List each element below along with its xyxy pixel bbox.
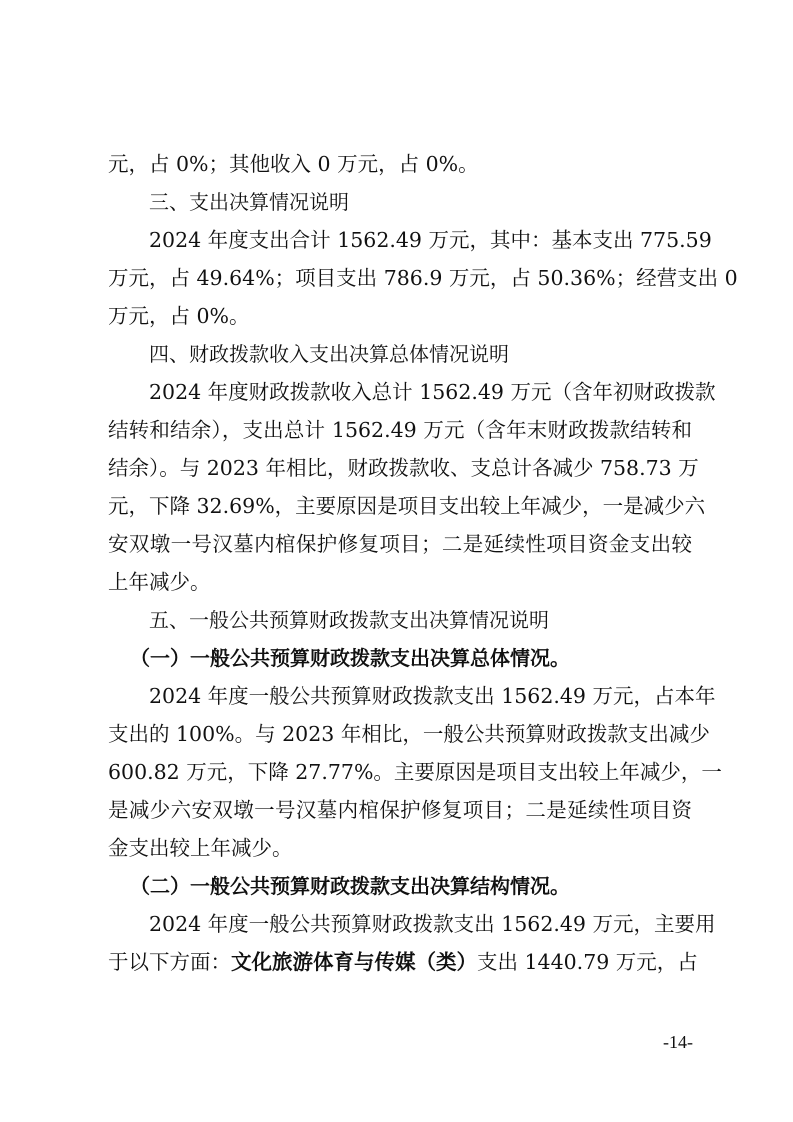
paragraph-line: 万元，占 0%。 <box>108 297 692 335</box>
page-number: -14- <box>663 1032 693 1053</box>
paragraph-line: 2024 年度一般公共预算财政拨款支出 1562.49 万元，占本年 <box>108 677 692 715</box>
paragraph-line: 支出的 100%。与 2023 年相比，一般公共预算财政拨款支出减少 <box>108 715 692 753</box>
section-heading-4: 四、财政拨款收入支出决算总体情况说明 <box>108 335 692 373</box>
paragraph-line: 2024 年度支出合计 1562.49 万元，其中：基本支出 775.59 <box>108 221 692 259</box>
paragraph-line: 上年减少。 <box>108 563 692 601</box>
paragraph-line: 600.82 万元，下降 27.77%。主要原因是项目支出较上年减少，一 <box>108 753 692 791</box>
line-suffix: 支出 1440.79 万元，占 <box>477 950 698 974</box>
paragraph-line: 2024 年度财政拨款收入总计 1562.49 万元（含年初财政拨款 <box>108 373 692 411</box>
paragraph-line: 安双墩一号汉墓内棺保护修复项目；二是延续性项目资金支出较 <box>108 525 692 563</box>
line-prefix: 于以下方面： <box>108 950 231 974</box>
document-body: 元，占 0%；其他收入 0 万元，占 0%。 三、支出决算情况说明 2024 年… <box>108 145 692 981</box>
paragraph-line: 元，下降 32.69%，主要原因是项目支出较上年减少，一是减少六 <box>108 487 692 525</box>
category-name: 文化旅游体育与传媒（类） <box>231 950 477 974</box>
section-heading-5: 五、一般公共预算财政拨款支出决算情况说明 <box>108 601 692 639</box>
paragraph-line: 是减少六安双墩一号汉墓内棺保护修复项目；二是延续性项目资 <box>108 791 692 829</box>
paragraph-line: 结余）。与 2023 年相比，财政拨款收、支总计各减少 758.73 万 <box>108 449 692 487</box>
subsection-heading-2: （二）一般公共预算财政拨款支出决算结构情况。 <box>108 867 692 905</box>
paragraph-line: 于以下方面：文化旅游体育与传媒（类）支出 1440.79 万元，占 <box>108 943 692 981</box>
paragraph-line: 金支出较上年减少。 <box>108 829 692 867</box>
paragraph-line: 结转和结余），支出总计 1562.49 万元（含年末财政拨款结转和 <box>108 411 692 449</box>
section-heading-3: 三、支出决算情况说明 <box>108 183 692 221</box>
paragraph-line: 万元，占 49.64%；项目支出 786.9 万元，占 50.36%；经营支出 … <box>108 259 692 297</box>
paragraph-line: 2024 年度一般公共预算财政拨款支出 1562.49 万元，主要用 <box>108 905 692 943</box>
subsection-heading-1: （一）一般公共预算财政拨款支出决算总体情况。 <box>108 639 692 677</box>
paragraph-line: 元，占 0%；其他收入 0 万元，占 0%。 <box>108 145 692 183</box>
